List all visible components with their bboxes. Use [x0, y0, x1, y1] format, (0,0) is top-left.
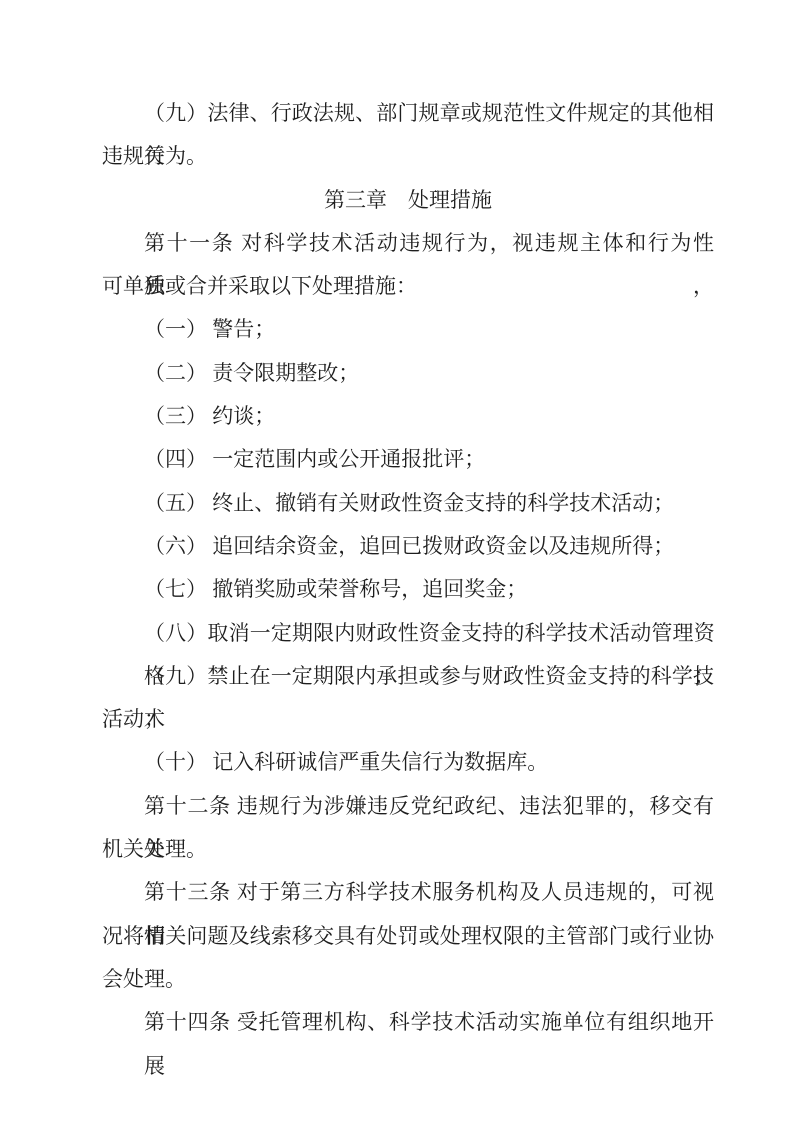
text-line: （三） 约谈； — [102, 395, 714, 438]
chapter-heading: 第三章 处理措施 — [102, 179, 714, 222]
text-line: 违规行为。 — [102, 135, 714, 178]
text-line: 况将相关问题及线索移交具有处罚或处理权限的主管部门或行业协 — [102, 915, 714, 958]
text-line: 第十一条 对科学技术活动违规行为，视违规主体和行为性质， — [102, 222, 714, 265]
text-line: （四） 一定范围内或公开通报批评； — [102, 438, 714, 481]
text-line: （十） 记入科研诚信严重失信行为数据库。 — [102, 741, 714, 784]
text-line: 第十三条 对于第三方科学技术服务机构及人员违规的，可视情 — [102, 871, 714, 914]
document-page: （九）法律、行政法规、部门规章或规范性文件规定的其他相关违规行为。第三章 处理措… — [0, 0, 793, 1122]
text-line: （一） 警告； — [102, 308, 714, 351]
text-line: 会处理。 — [102, 958, 714, 1001]
text-line: （九）禁止在一定期限内承担或参与财政性资金支持的科学技术 — [102, 655, 714, 698]
document-content: （九）法律、行政法规、部门规章或规范性文件规定的其他相关违规行为。第三章 处理措… — [102, 92, 714, 1045]
text-line: 活动； — [102, 698, 714, 741]
text-line: 第十四条 受托管理机构、科学技术活动实施单位有组织地开展 — [102, 1001, 714, 1044]
text-line: 机关处理。 — [102, 828, 714, 871]
text-line: （七） 撤销奖励或荣誉称号，追回奖金； — [102, 568, 714, 611]
text-line: （八）取消一定期限内财政性资金支持的科学技术活动管理资格； — [102, 612, 714, 655]
text-line: （五） 终止、撤销有关财政性资金支持的科学技术活动； — [102, 482, 714, 525]
text-line: 第十二条 违规行为涉嫌违反党纪政纪、违法犯罪的，移交有关 — [102, 785, 714, 828]
text-line: （二） 责令限期整改； — [102, 352, 714, 395]
text-line: （九）法律、行政法规、部门规章或规范性文件规定的其他相关 — [102, 92, 714, 135]
text-line: （六） 追回结余资金，追回已拨财政资金以及违规所得； — [102, 525, 714, 568]
